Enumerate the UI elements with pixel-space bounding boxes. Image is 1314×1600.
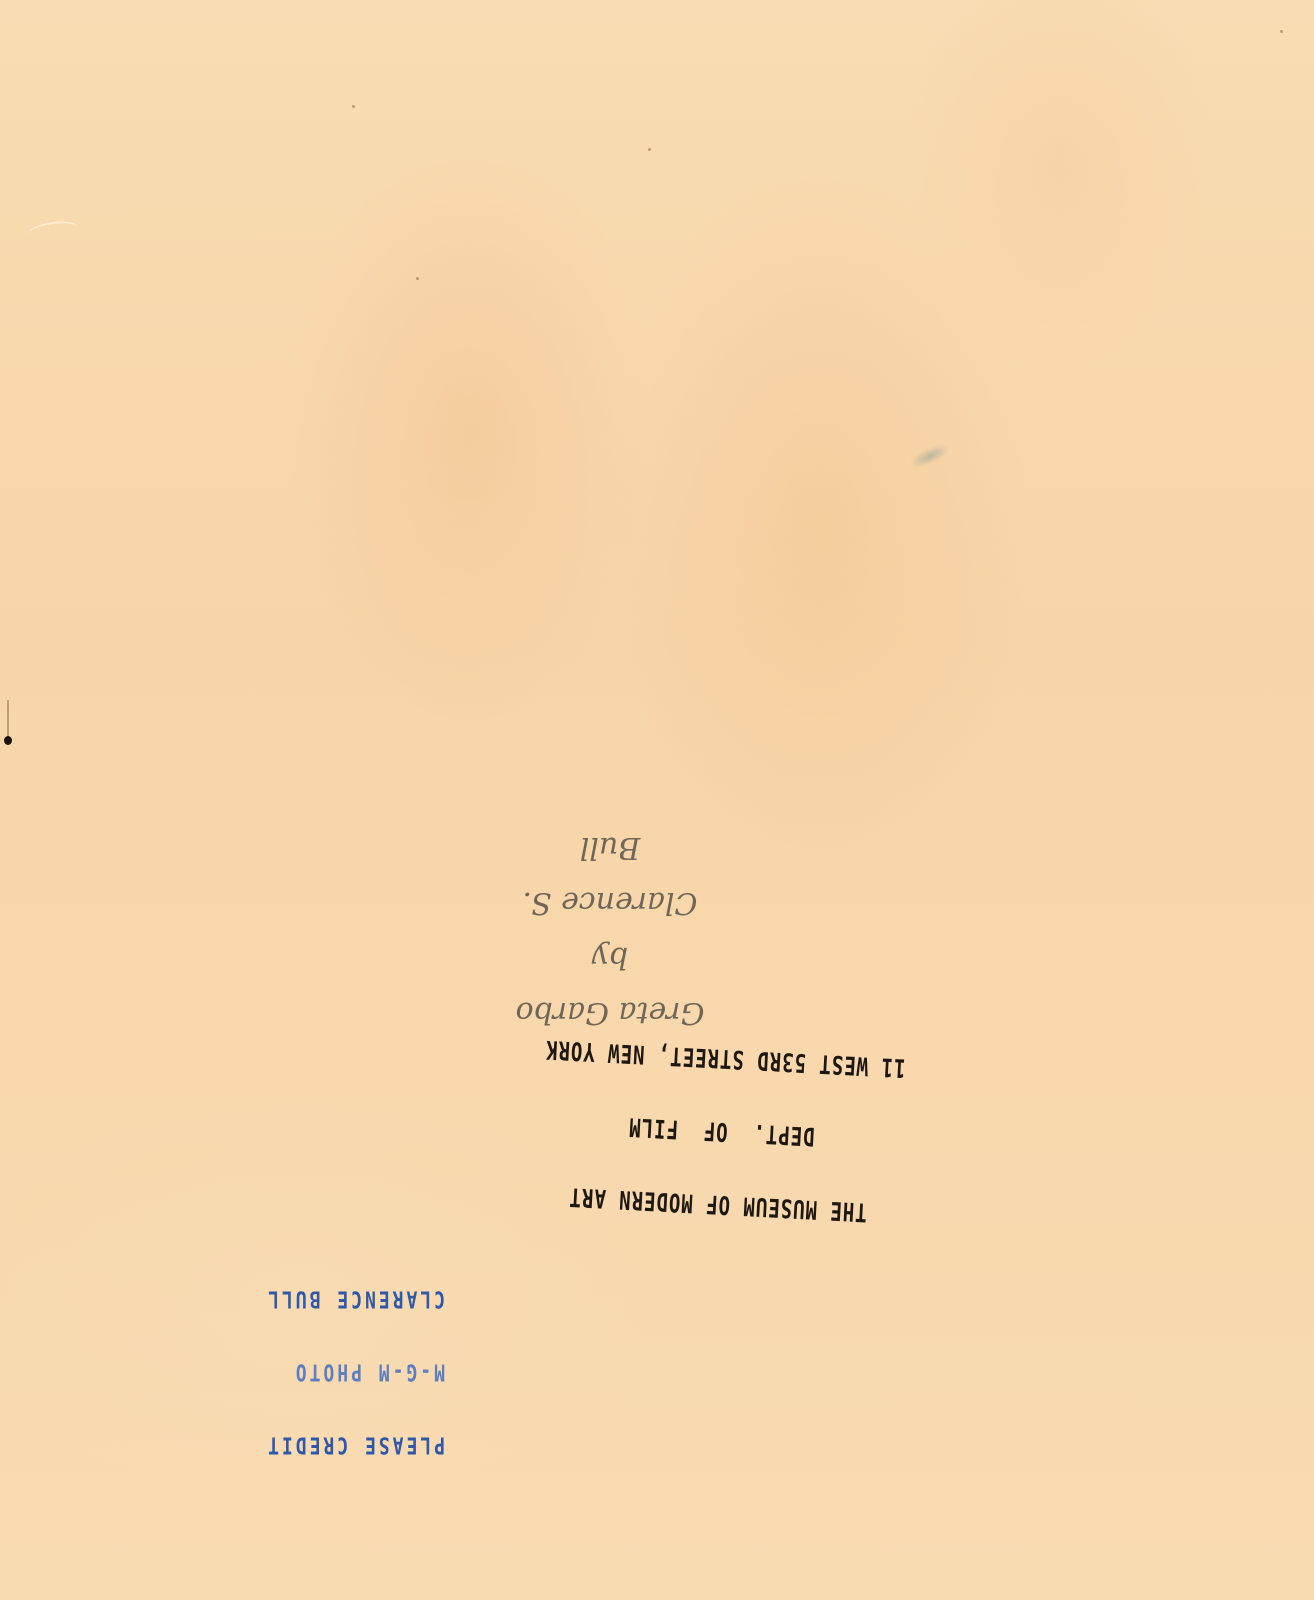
speckle bbox=[1280, 30, 1283, 33]
edge-pin-mark bbox=[4, 700, 12, 750]
museum-stamp-department: DEPT. OF FILM bbox=[521, 1107, 922, 1154]
speckle bbox=[648, 148, 651, 151]
handwriting-line-photographer-first: Clarence S. bbox=[440, 885, 780, 920]
handwriting-line-by: by bbox=[440, 940, 780, 975]
speckle bbox=[352, 105, 355, 108]
handwriting-line-photographer-last: Bull bbox=[440, 830, 780, 865]
handwritten-caption: Greta Garbo by Clarence S. Bull bbox=[440, 790, 780, 1030]
edge-mark-dot bbox=[4, 736, 12, 745]
credit-stamp-instruction: PLEASE CREDIT bbox=[205, 1432, 445, 1455]
credit-stamp-photographer: CLARENCE BULL bbox=[205, 1286, 445, 1309]
museum-stamp: THE MUSEUM OF MODERN ART DEPT. OF FILM 1… bbox=[516, 1065, 924, 1256]
credit-stamp: PLEASE CREDIT M-G-M PHOTO CLARENCE BULL bbox=[205, 1355, 445, 1485]
museum-stamp-name: THE MUSEUM OF MODERN ART bbox=[517, 1180, 918, 1227]
speckle bbox=[416, 277, 419, 280]
credit-stamp-studio: M-G-M PHOTO bbox=[205, 1359, 445, 1382]
edge-mark-stem bbox=[7, 700, 9, 738]
